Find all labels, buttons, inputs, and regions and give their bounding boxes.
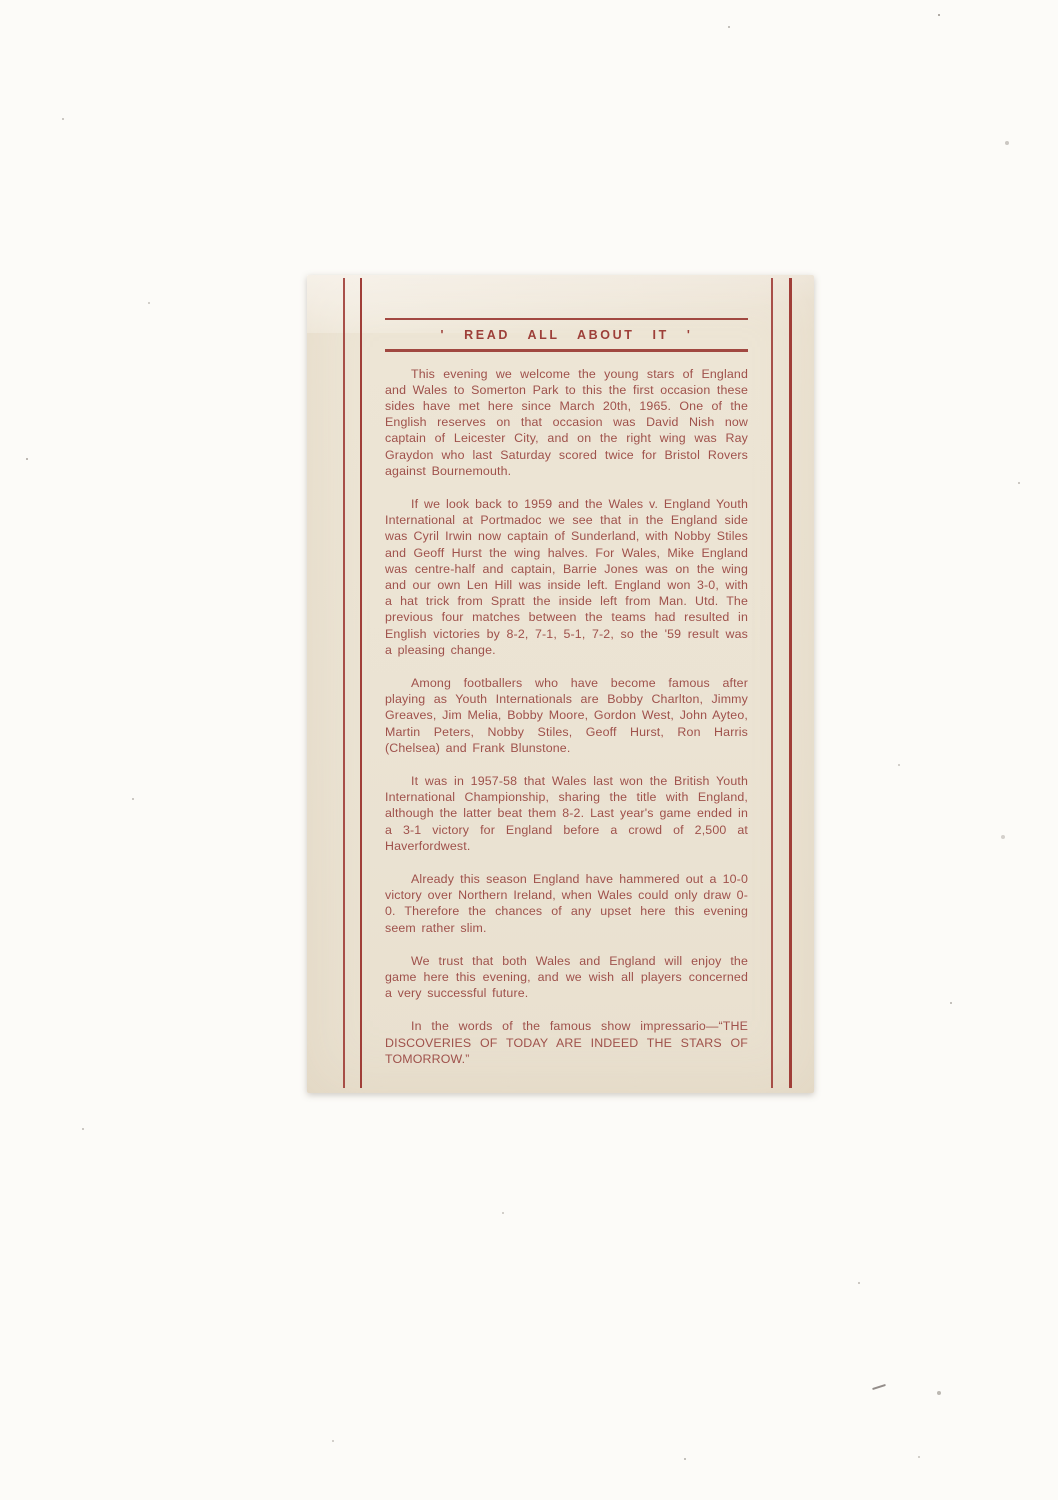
scan-background: ' READ ALL ABOUT IT ' This evening we we…	[0, 0, 1058, 1500]
paragraph-4: It was in 1957-58 that Wales last won th…	[385, 773, 748, 854]
right-outer-vertical-rule	[789, 278, 792, 1088]
dust-specks	[0, 0, 2, 2]
left-inner-vertical-rule	[360, 278, 362, 1088]
paragraph-6: We trust that both Wales and England wil…	[385, 953, 748, 1002]
left-outer-vertical-rule	[343, 278, 345, 1088]
right-inner-vertical-rule	[771, 278, 773, 1088]
page-title: ' READ ALL ABOUT IT '	[385, 327, 748, 343]
title-bottom-rule	[385, 349, 748, 351]
paragraph-3: Among footballers who have become famous…	[385, 675, 748, 756]
article-body: This evening we welcome the young stars …	[385, 366, 748, 1068]
stray-pen-mark	[872, 1384, 886, 1390]
paragraph-2: If we look back to 1959 and the Wales v.…	[385, 496, 748, 658]
paragraph-7: In the words of the famous show impressa…	[385, 1018, 748, 1067]
programme-back-page: ' READ ALL ABOUT IT ' This evening we we…	[307, 275, 814, 1093]
paragraph-1: This evening we welcome the young stars …	[385, 366, 748, 479]
page-content: ' READ ALL ABOUT IT ' This evening we we…	[385, 318, 748, 1067]
paragraph-5: Already this season England have hammere…	[385, 871, 748, 936]
title-top-rule	[385, 318, 748, 320]
